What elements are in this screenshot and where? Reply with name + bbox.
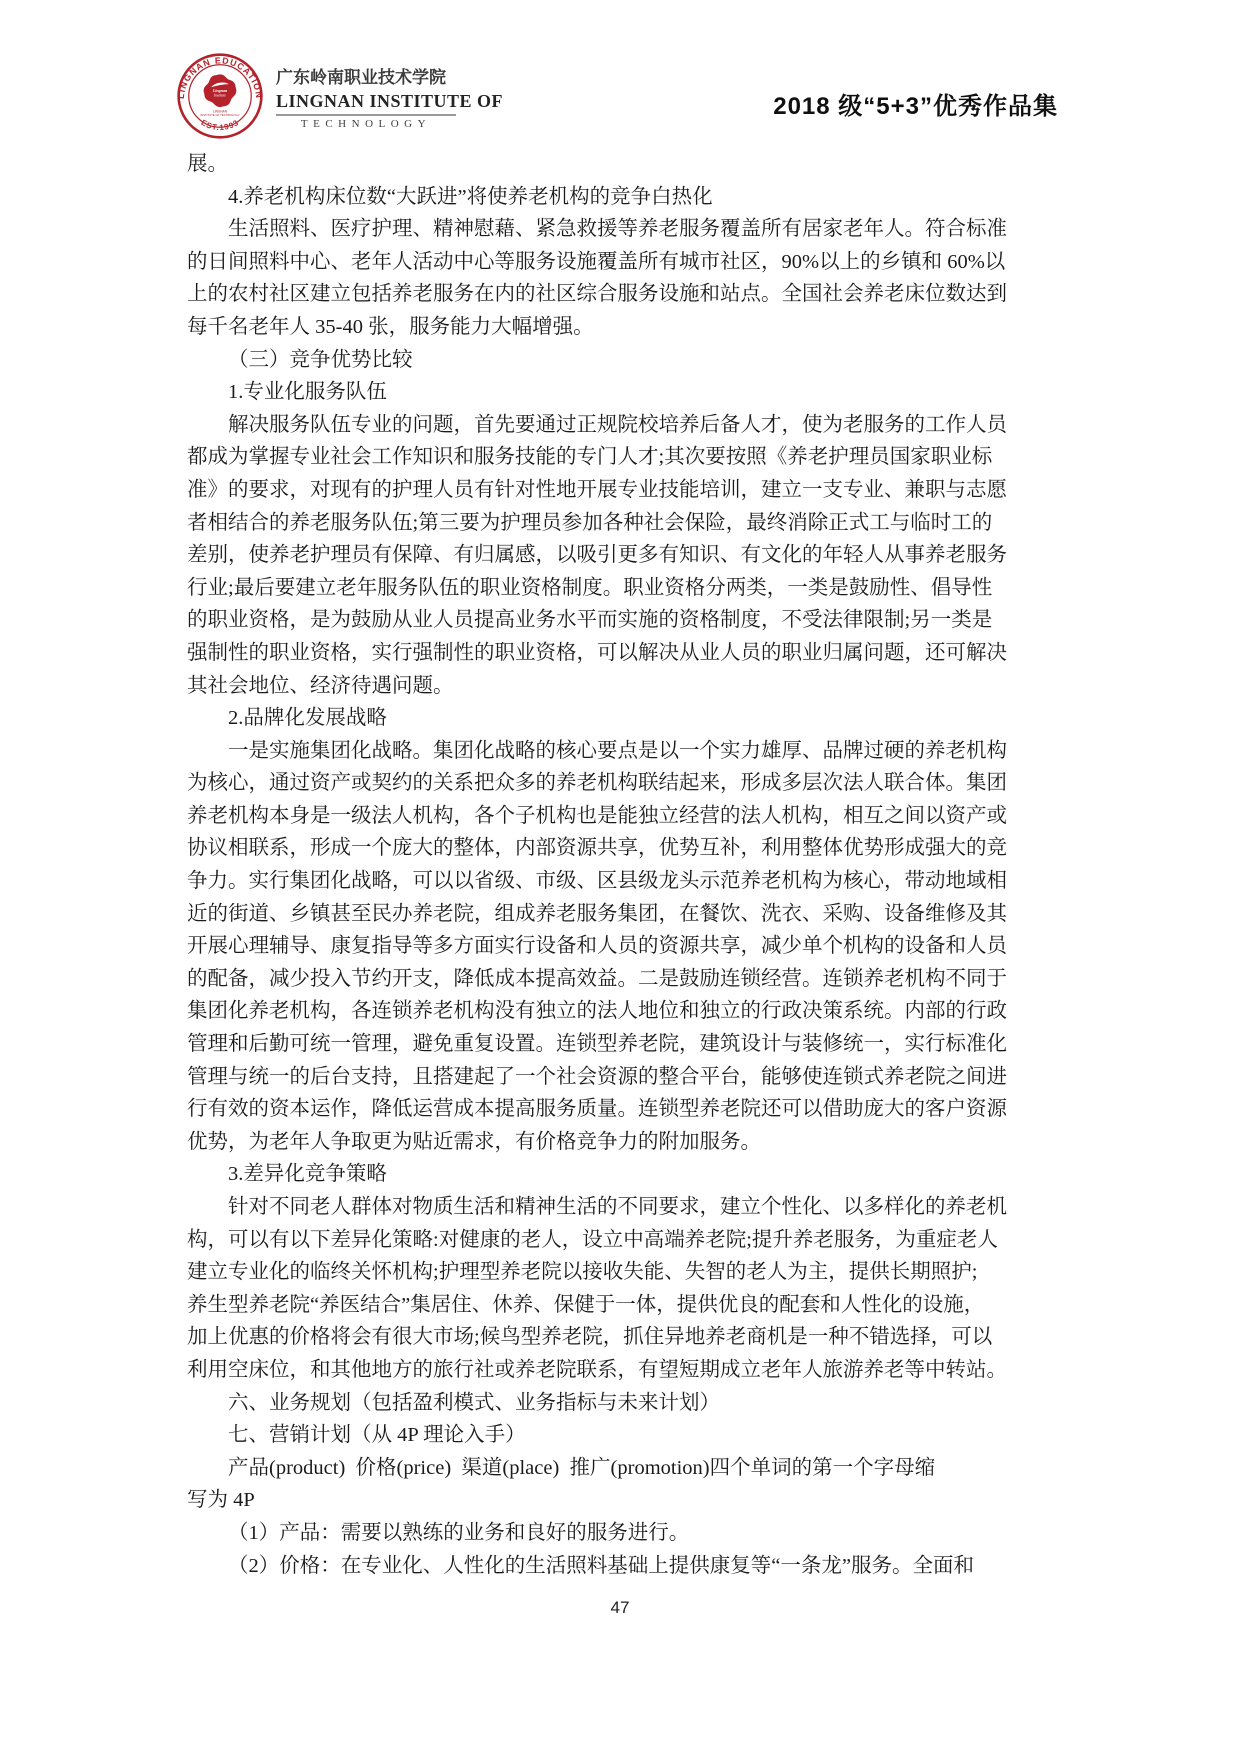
body-line: 优势，为老年人争取更为贴近需求，有价格竞争力的附加服务。 (187, 1126, 1059, 1159)
body-line: 针对不同老人群体对物质生活和精神生活的不同要求，建立个性化、以多样化的养老机 (187, 1191, 1059, 1224)
body-line: 写为 4P (187, 1484, 1059, 1517)
body-line: 产品(product) 价格(price) 渠道(place) 推广(promo… (187, 1452, 1059, 1485)
school-name-english-2: TECHNOLOGY (276, 118, 456, 130)
body-line: 养老机构本身是一级法人机构，各个子机构也是能独立经营的法人机构，相互之间以资产或 (187, 800, 1059, 833)
body-line: 2.品牌化发展战略 (187, 702, 1059, 735)
body-line: 开展心理辅导、康复指导等多方面实行设备和人员的资源共享，减少单个机构的设备和人员 (187, 930, 1059, 963)
seal-badge-text-1: Lingnan (212, 88, 228, 93)
body-line: 集团化养老机构，各连锁养老机构没有独立的法人地位和独立的行政决策系统。内部的行政 (187, 995, 1059, 1028)
school-name-chinese: 广东岭南职业技术学院 (276, 63, 458, 88)
body-line: （三）竞争优势比较 (187, 344, 1059, 377)
document-page: LINGNAN EDUCATION EST.1993 Lingnan Insti… (0, 0, 1240, 1753)
school-name-divider (276, 114, 456, 116)
body-line: （2）价格：在专业化、人性化的生活照料基础上提供康复等“一条龙”服务。全面和 (187, 1550, 1059, 1583)
body-line: 建立专业化的临终关怀机构;护理型养老院以接收失能、失智的老人为主，提供长期照护; (187, 1256, 1059, 1289)
body-line: 行业;最后要建立老年服务队伍的职业资格制度。职业资格分两类，一类是鼓励性、倡导性 (187, 572, 1059, 605)
body-line: 近的街道、乡镇甚至民办养老院，组成养老服务集团，在餐饮、洗衣、采购、设备维修及其 (187, 898, 1059, 931)
body-line: 都成为掌握专业社会工作知识和服务技能的专门人才;其次要按照《养老护理员国家职业标 (187, 441, 1059, 474)
body-line: 每千名老年人 35-40 张，服务能力大幅增强。 (187, 311, 1059, 344)
body-line: （1）产品：需要以熟练的业务和良好的服务进行。 (187, 1517, 1059, 1550)
body-line: 生活照料、医疗护理、精神慰藉、紧急救援等养老服务覆盖所有居家老年人。符合标准 (187, 213, 1059, 246)
seal-center-badge: Lingnan Institute (201, 71, 240, 110)
school-seal-logo: LINGNAN EDUCATION EST.1993 Lingnan Insti… (176, 52, 264, 140)
body-line: 利用空床位，和其他地方的旅行社或养老院联系，有望短期成立老年人旅游养老等中转站。 (187, 1354, 1059, 1387)
page-number: 47 (0, 1598, 1240, 1618)
body-line: 的配备，减少投入节约开支，降低成本提高效益。二是鼓励连锁经营。连锁养老机构不同于 (187, 963, 1059, 996)
collection-title: 2018 级“5+3”优秀作品集 (773, 86, 1058, 121)
body-line: 3.差异化竞争策略 (187, 1158, 1059, 1191)
body-line: 为核心，通过资产或契约的关系把众多的养老机构联结起来，形成多层次法人联合体。集团 (187, 767, 1059, 800)
body-line: 协议相联系，形成一个庞大的整体，内部资源共享，优势互补，利用整体优势形成强大的竞 (187, 832, 1059, 865)
seal-sub-text-2: INSTITUTE OF TECHNOLOGY (200, 113, 240, 117)
body-line: 解决服务队伍专业的问题，首先要通过正规院校培养后备人才，使为老服务的工作人员 (187, 409, 1059, 442)
seal-badge-text-2: Institute (213, 93, 226, 97)
school-name-english: LINGNAN INSTITUTE OF (276, 91, 458, 112)
body-line: 行有效的资本运作，降低运营成本提高服务质量。连锁型养老院还可以借助庞大的客户资源 (187, 1093, 1059, 1126)
body-line: 六、业务规划（包括盈利模式、业务指标与未来计划） (187, 1387, 1059, 1420)
body-line: 展。 (187, 148, 1059, 181)
body-line: 1.专业化服务队伍 (187, 376, 1059, 409)
body-line: 构，可以有以下差异化策略:对健康的老人，设立中高端养老院;提升养老服务，为重症老… (187, 1224, 1059, 1257)
body-line: 加上优惠的价格将会有很大市场;候鸟型养老院，抓住异地养老商机是一种不错选择，可以 (187, 1321, 1059, 1354)
body-line: 上的农村社区建立包括养老服务在内的社区综合服务设施和站点。全国社会养老床位数达到 (187, 278, 1059, 311)
body-line: 的日间照料中心、老年人活动中心等服务设施覆盖所有城市社区，90%以上的乡镇和 6… (187, 246, 1059, 279)
body-line: 争力。实行集团化战略，可以以省级、市级、区县级龙头示范养老机构为核心，带动地域相 (187, 865, 1059, 898)
body-line: 4.养老机构床位数“大跃进”将使养老机构的竞争白热化 (187, 181, 1059, 214)
body-line: 者相结合的养老服务队伍;第三要为护理员参加各种社会保险，最终消除正式工与临时工的 (187, 507, 1059, 540)
body-line: 强制性的职业资格，实行强制性的职业资格，可以解决从业人员的职业归属问题，还可解决 (187, 637, 1059, 670)
body-line: 养生型养老院“养医结合”集居住、休养、保健于一体，提供优良的配套和人性化的设施， (187, 1289, 1059, 1322)
body-line: 七、营销计划（从 4P 理论入手） (187, 1419, 1059, 1452)
body-line: 差别，使养老护理员有保障、有归属感，以吸引更多有知识、有文化的年轻人从事养老服务 (187, 539, 1059, 572)
body-line: 一是实施集团化战略。集团化战略的核心要点是以一个实力雄厚、品牌过硬的养老机构 (187, 735, 1059, 768)
body-line: 管理和后勤可统一管理，避免重复设置。连锁型养老院，建筑设计与装修统一，实行标准化 (187, 1028, 1059, 1061)
seal-arc-text-bottom: EST.1993 (199, 118, 240, 132)
body-line: 准》的要求，对现有的护理人员有针对性地开展专业技能培训，建立一支专业、兼职与志愿 (187, 474, 1059, 507)
document-body: 展。4.养老机构床位数“大跃进”将使养老机构的竞争白热化生活照料、医疗护理、精神… (187, 148, 1059, 1582)
school-name-block: 广东岭南职业技术学院 LINGNAN INSTITUTE OF TECHNOLO… (276, 63, 458, 130)
body-line: 的职业资格，是为鼓励从业人员提高业务水平而实施的资格制度，不受法律限制;另一类是 (187, 604, 1059, 637)
body-line: 管理与统一的后台支持，且搭建起了一个社会资源的整合平台，能够使连锁式养老院之间进 (187, 1061, 1059, 1094)
body-line: 其社会地位、经济待遇问题。 (187, 670, 1059, 703)
